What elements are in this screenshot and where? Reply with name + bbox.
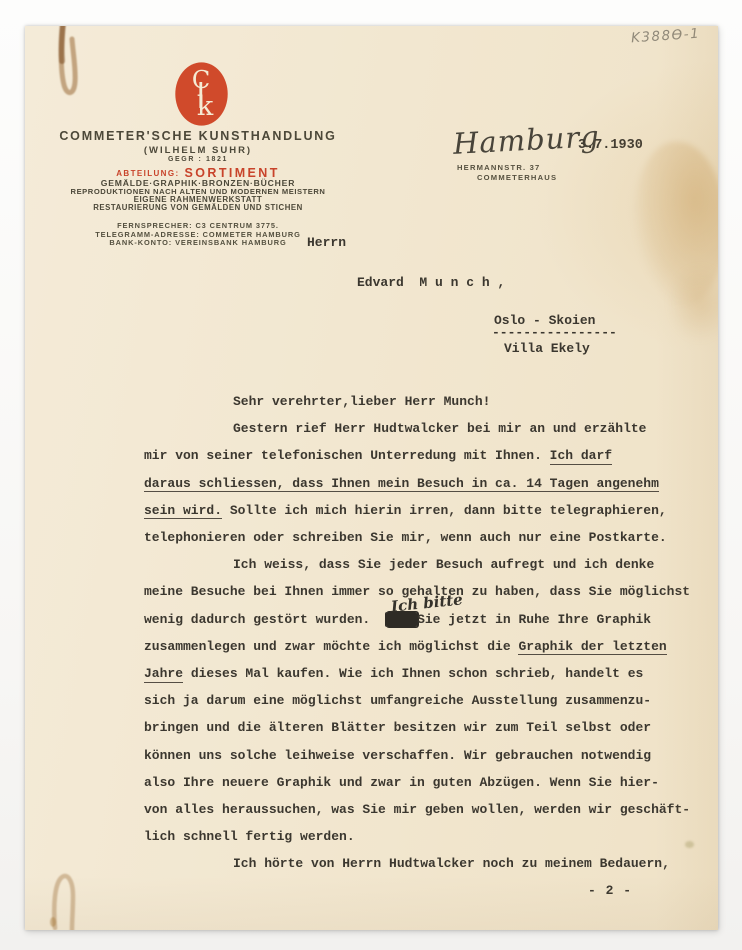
body-line: telephonieren oder schreiben Sie mir, we… — [144, 524, 718, 551]
body-text: mir von seiner telefonischen Unterredung… — [144, 448, 550, 463]
body-line: von alles heraussuchen, was Sie mir gebe… — [144, 796, 718, 823]
paperclip-rust-mark-bottom — [45, 854, 95, 930]
services-line: RESTAURIERUNG VON GEMÄLDEN UND STICHEN — [25, 203, 371, 212]
body-text: Ich hörte von Herrn Hudtwalcker noch zu … — [233, 856, 670, 871]
body-line: Ich hörte von Herrn Hudtwalcker noch zu … — [144, 850, 718, 877]
company-logo: C k — [175, 62, 228, 126]
body-line: Jahre dieses Mal kaufen. Wie ich Ihnen s… — [144, 660, 718, 687]
body-line: wenig dadurch gestört wurden. WennIch bi… — [144, 606, 718, 633]
letter-date: 3.7.1930 — [578, 138, 643, 153]
body-text: können uns solche leihweise verschaffen.… — [144, 748, 651, 763]
company-name: COMMETER'SCHE KUNSTHANDLUNG — [25, 129, 371, 143]
company-founded: GEGR : 1821 — [25, 156, 371, 163]
body-line: Ich weiss, dass Sie jeder Besuch aufregt… — [144, 551, 718, 578]
body-text: von alles heraussuchen, was Sie mir gebe… — [144, 802, 690, 817]
page-number: - 2 - — [588, 883, 632, 898]
body-text: lich schnell fertig werden. — [144, 829, 355, 844]
department-label: ABTEILUNG: — [116, 169, 179, 178]
body-line: sein wird. Sollte ich mich hierin irren,… — [144, 497, 718, 524]
body-text: also Ihre neuere Graphik und zwar in gut… — [144, 775, 659, 790]
contact-line-phone: FERNSPRECHER: C3 CENTRUM 3775. — [25, 221, 371, 230]
paper-stain-right-lower — [668, 264, 718, 342]
paperclip-rust-mark-top — [51, 26, 111, 111]
city-underline-dashes: ---------------- — [492, 325, 617, 340]
body-text: Gestern rief Herr Hudtwalcker bei mir an… — [233, 421, 646, 436]
building-name: COMMETERHAUS — [477, 173, 557, 182]
underlined-text: Graphik der letzten — [518, 639, 666, 656]
body-line: mir von seiner telefonischen Unterredung… — [144, 442, 718, 469]
body-line: sich ja darum eine möglichst umfangreich… — [144, 687, 718, 714]
body-line: daraus schliessen, dass Ihnen mein Besuc… — [144, 470, 718, 497]
body-line: also Ihre neuere Graphik und zwar in gut… — [144, 769, 718, 796]
underlined-text: daraus schliessen, dass Ihnen mein Besuc… — [144, 476, 659, 493]
body-text: Ich weiss, dass Sie jeder Besuch aufregt… — [233, 557, 654, 572]
recipient-name: Edvard M u n c h , — [357, 275, 505, 290]
body-text: telephonieren oder schreiben Sie mir, we… — [144, 530, 667, 545]
recipient-title: Herrn — [307, 235, 346, 250]
monogram-k-letter: k — [197, 91, 214, 122]
pencil-archive-code: K388Ɵ-1 — [631, 26, 701, 46]
underlined-text: Jahre — [144, 666, 183, 683]
body-text: zusammenlegen und zwar möchte ich möglic… — [144, 639, 518, 654]
letter-page: K388Ɵ-1 C k COMMETER'SCHE KUNSTHANDLUNG … — [25, 26, 718, 930]
letter-body: Sehr verehrter,lieber Herr Munch!Gestern… — [144, 388, 718, 878]
body-line: bringen und die älteren Blätter besitzen… — [144, 714, 718, 741]
underlined-text: Ich darf — [550, 448, 612, 465]
body-text: sich ja darum eine möglichst umfangreich… — [144, 693, 651, 708]
body-line: lich schnell fertig werden. — [144, 823, 718, 850]
scan-background: K388Ɵ-1 C k COMMETER'SCHE KUNSTHANDLUNG … — [0, 0, 742, 950]
recipient-residence: Villa Ekely — [504, 341, 590, 356]
underlined-text: sein wird. — [144, 503, 222, 520]
body-line: zusammenlegen und zwar möchte ich möglic… — [144, 633, 718, 660]
body-text: bringen und die älteren Blätter besitzen… — [144, 720, 651, 735]
body-text: Sehr verehrter,lieber Herr Munch! — [233, 394, 490, 409]
body-text: Sollte ich mich hierin irren, dann bitte… — [222, 503, 667, 518]
body-text: wenig dadurch gestört wurden. — [144, 612, 386, 627]
company-owner: (WILHELM SUHR) — [25, 145, 371, 156]
body-line: Sehr verehrter,lieber Herr Munch! — [144, 388, 718, 415]
body-line: können uns solche leihweise verschaffen.… — [144, 742, 718, 769]
street-address: HERMANNSTR. 37 — [457, 163, 540, 172]
body-line: Gestern rief Herr Hudtwalcker bei mir an… — [144, 415, 718, 442]
body-text: dieses Mal kaufen. Wie ich Ihnen schon s… — [183, 666, 643, 681]
